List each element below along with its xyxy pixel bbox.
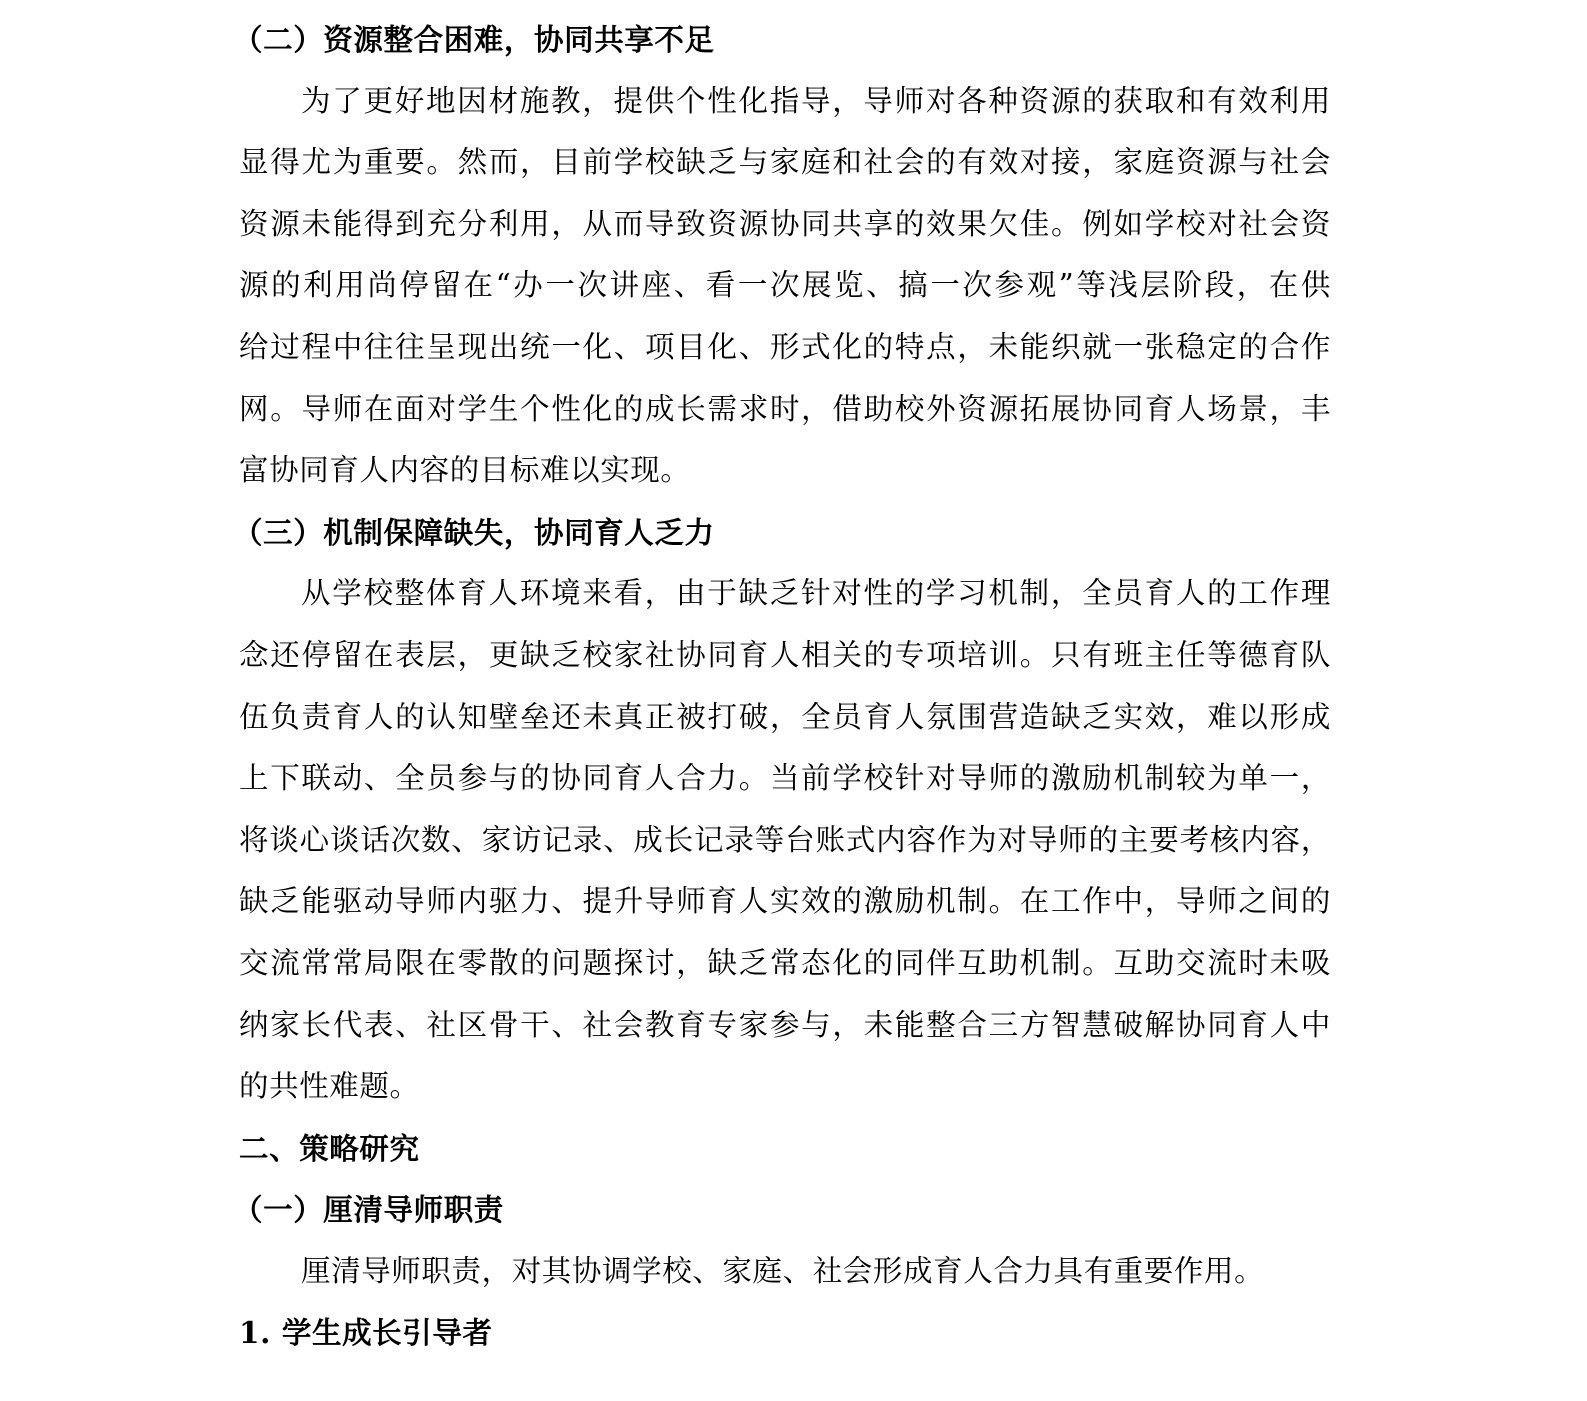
paragraph-line: 将谈心谈话次数、家访记录、成长记录等台账式内容作为对导师的主要考核内容， xyxy=(239,810,1331,872)
document-page: （二）资源整合困难，协同共享不足 为了更好地因材施教，提供个性化指导，导师对各种… xyxy=(239,9,1331,1364)
paragraph-line: 从学校整体育人环境来看，由于缺乏针对性的学习机制，全员育人的工作理 xyxy=(239,563,1331,625)
paragraph-line: 交流常常局限在零散的问题探讨，缺乏常态化的同伴互助机制。互助交流时未吸 xyxy=(239,933,1331,995)
paragraph-line: 给过程中往往呈现出统一化、项目化、形式化的特点，未能织就一张稳定的合作 xyxy=(239,317,1331,379)
paragraph-line: 资源未能得到充分利用，从而导致资源协同共享的效果欠佳。例如学校对社会资 xyxy=(239,194,1331,256)
paragraph-line: 网。导师在面对学生个性化的成长需求时，借助校外资源拓展协同育人场景，丰 xyxy=(239,379,1331,441)
paragraph-line: 纳家长代表、社区骨干、社会教育专家参与，未能整合三方智慧破解协同育人中 xyxy=(239,995,1331,1057)
section-heading-clarify-duties: （一）厘清导师职责 xyxy=(233,1179,1331,1241)
paragraph-line: 的共性难题。 xyxy=(239,1056,1331,1118)
section-heading-3: （三）机制保障缺失，协同育人乏力 xyxy=(233,502,1331,564)
paragraph-line: 厘清导师职责，对其协调学校、家庭、社会形成育人合力具有重要作用。 xyxy=(239,1241,1331,1303)
paragraph-line: 富协同育人内容的目标难以实现。 xyxy=(239,440,1331,502)
paragraph-line: 缺乏能驱动导师内驱力、提升导师育人实效的激励机制。在工作中，导师之间的 xyxy=(239,871,1331,933)
paragraph-line: 上下联动、全员参与的协同育人合力。当前学校针对导师的激励机制较为单一， xyxy=(239,748,1331,810)
paragraph-line: 源的利用尚停留在“办一次讲座、看一次展览、搞一次参观”等浅层阶段，在供 xyxy=(239,255,1331,317)
part-heading-strategy: 二、策略研究 xyxy=(239,1118,1331,1180)
paragraph-line: 为了更好地因材施教，提供个性化指导，导师对各种资源的获取和有效利用 xyxy=(239,71,1331,133)
paragraph-line: 显得尤为重要。然而，目前学校缺乏与家庭和社会的有效对接，家庭资源与社会 xyxy=(239,132,1331,194)
paragraph-line: 念还停留在表层，更缺乏校家社协同育人相关的专项培训。只有班主任等德育队 xyxy=(239,625,1331,687)
paragraph-line: 伍负责育人的认知壁垒还未真正被打破，全员育人氛围营造缺乏实效，难以形成 xyxy=(239,687,1331,749)
section-heading-2: （二）资源整合困难，协同共享不足 xyxy=(233,9,1331,71)
list-item-heading-1: 1. 学生成长引导者 xyxy=(239,1302,1331,1364)
